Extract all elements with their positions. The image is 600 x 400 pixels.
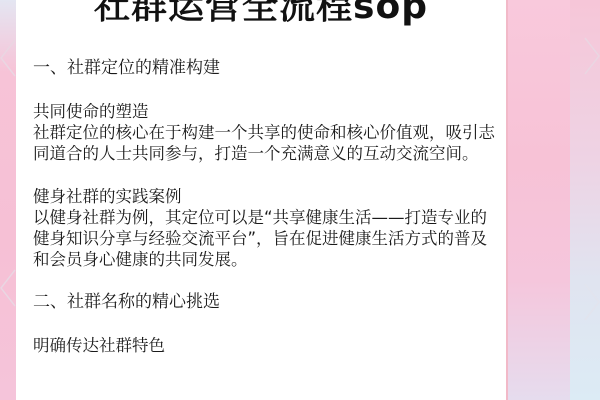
document-card: 社群运营全流程sop 一、社群定位的精准构建 共同使命的塑造 社群定位的核心在于… xyxy=(16,0,508,400)
subheading: 健身社群的实践案例 xyxy=(33,186,503,207)
subheading: 明确传达社群特色 xyxy=(33,335,503,356)
section-heading: 二、社群名称的精心挑选 xyxy=(33,292,503,313)
paragraph: 社群定位的核心在于构建一个共享的使命和核心价值观，吸引志同道合的人士共同参与，打… xyxy=(33,122,503,164)
chevron-left-icon xyxy=(0,268,16,308)
paragraph: 以健身社群为例，其定位可以是“共享健康生活——打造专业的健身知识分享与经验交流平… xyxy=(33,207,503,270)
chevron-right-icon xyxy=(584,36,600,76)
section-heading: 一、社群定位的精准构建 xyxy=(33,58,503,79)
chevron-right-icon xyxy=(584,282,600,322)
document-content: 一、社群定位的精准构建 共同使命的塑造 社群定位的核心在于构建一个共享的使命和核… xyxy=(33,58,503,356)
chevron-left-icon xyxy=(0,38,16,78)
subheading: 共同使命的塑造 xyxy=(33,101,503,122)
page-title: 社群运营全流程sop xyxy=(16,0,506,29)
